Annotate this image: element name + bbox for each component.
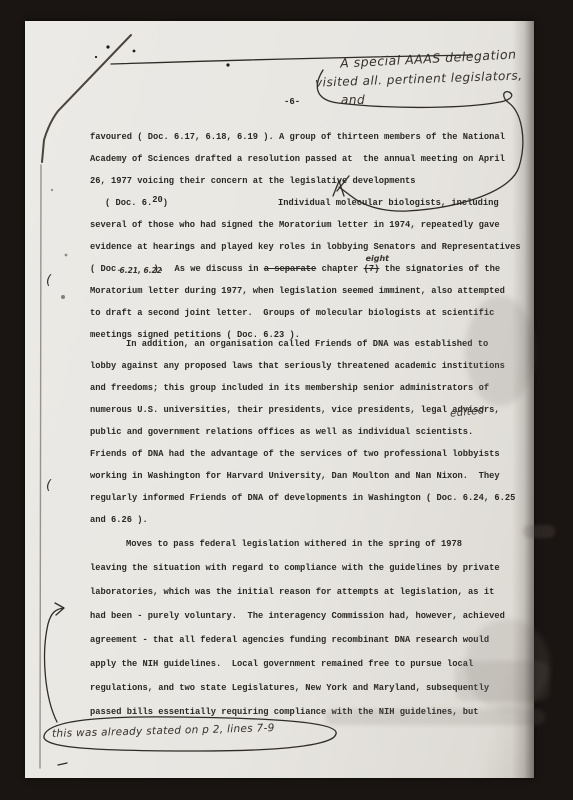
doc-ref-superscript: 20: [152, 195, 163, 205]
typed-line-doc-blank: ( Doc.6.21, 6.22). As we discuss in a se…: [90, 258, 520, 280]
paragraph-1: favoured ( Doc. 6.17, 6.18, 6.19 ). A gr…: [90, 126, 520, 346]
blank-doc-number-gap: 6.21, 6.22: [122, 270, 154, 271]
handwritten-top-note-line2: visited all. pertinent legislators,: [315, 68, 523, 89]
typed-line: regularly informed Friends of DNA of dev…: [90, 487, 520, 509]
document-page: -6- A special AAAS delegation visited al…: [25, 21, 534, 778]
handwritten-bottom-note: this was already stated on p 2, lines 7-…: [52, 722, 275, 740]
inserted-sentence-start: Individual molecular biologists, includi…: [278, 198, 499, 208]
typed-line: and 6.26 ).: [90, 509, 520, 531]
typed-line: agreement - that all federal agencies fu…: [90, 628, 520, 652]
bleedthrough-smudge: [455, 661, 550, 701]
typed-line-doc620: ( Doc. 6.20)Individual molecular biologi…: [90, 192, 520, 214]
struck-text-a-separate: a separate: [264, 264, 317, 274]
typed-text: ). As we discuss in: [154, 264, 264, 274]
doc-ref-close: ): [163, 198, 168, 208]
handwritten-top-note-line3: and: [341, 93, 365, 107]
typed-line: several of those who had signed the Mora…: [90, 214, 520, 236]
typed-line: evidence at hearings and played key role…: [90, 236, 520, 258]
typed-line: had been - purely voluntary. The interag…: [90, 604, 520, 628]
typed-text: the signatories of the: [379, 264, 500, 274]
page-number: -6-: [284, 97, 300, 107]
typed-line: favoured ( Doc. 6.17, 6.18, 6.19 ). A gr…: [90, 126, 520, 148]
typed-line: working in Washington for Harvard Univer…: [90, 465, 520, 487]
typed-line: and freedoms; this group included in its…: [90, 377, 520, 399]
bleedthrough-smudge: [465, 296, 535, 406]
bleedthrough-smudge: [325, 709, 545, 725]
typed-line: laboratories, which was the initial reas…: [90, 580, 520, 604]
typed-line: Academy of Sciences drafted a resolution…: [90, 148, 520, 170]
struck-chapter-number-wrap: eight(7): [364, 258, 380, 280]
paragraph-2: In addition, an organisation called Frie…: [90, 333, 520, 531]
typed-line: leaving the situation with regard to com…: [90, 556, 520, 580]
bleedthrough-smudge: [523, 525, 555, 538]
typed-text: chapter: [316, 264, 363, 274]
typed-line: lobby against any proposed laws that ser…: [90, 355, 520, 377]
typed-line: to draft a second joint letter. Groups o…: [90, 302, 520, 324]
handwritten-doc-numbers: 6.21, 6.22: [120, 260, 162, 282]
margin-parenthesis-2: (: [46, 478, 52, 493]
doc-ref-open: ( Doc.: [90, 264, 122, 274]
handwritten-top-note-line1: A special AAAS delegation: [340, 46, 517, 70]
typed-line: 26, 1977 voicing their concern at the le…: [90, 170, 520, 192]
typed-gap: [168, 204, 278, 205]
typed-line: In addition, an organisation called Frie…: [90, 333, 520, 355]
typed-line: Moves to pass federal legislation wither…: [90, 532, 520, 556]
doc-ref-prefix: ( Doc. 6.: [105, 198, 152, 208]
handwritten-chapter-number: eight: [366, 248, 389, 270]
typed-line: public and government relations offices …: [90, 421, 520, 443]
typed-line: Friends of DNA had the advantage of the …: [90, 443, 520, 465]
margin-parenthesis-1: (: [46, 273, 52, 288]
photo-frame: -6- A special AAAS delegation visited al…: [0, 0, 573, 800]
typed-line: Moratorium letter during 1977, when legi…: [90, 280, 520, 302]
